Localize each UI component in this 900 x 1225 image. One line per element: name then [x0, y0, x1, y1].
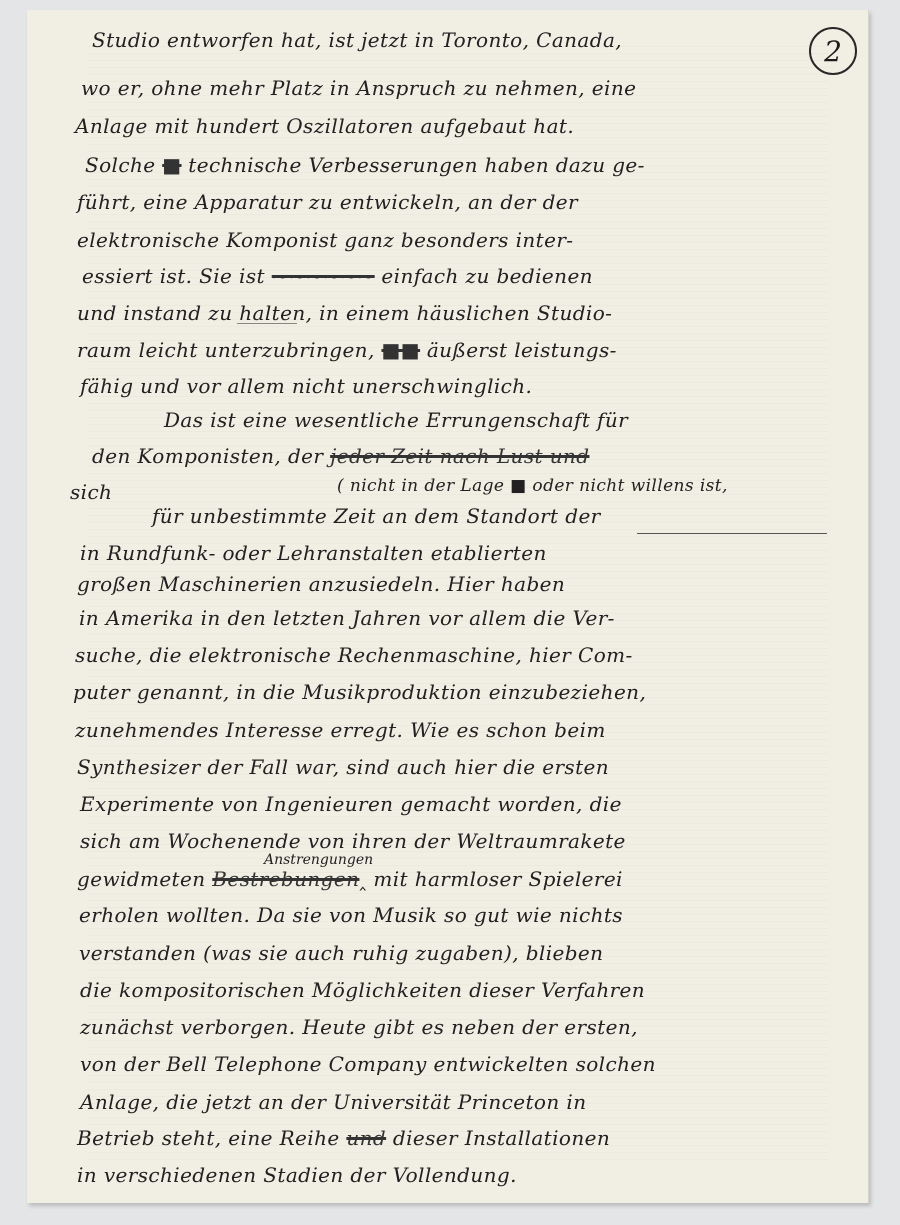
text-line-9: raum leicht unterzubringen, ■■ äußerst l…	[77, 338, 617, 362]
insertion-bracket: (	[337, 476, 350, 496]
line-4-part-b: technische Verbesserungen haben dazu ge-	[182, 153, 645, 177]
text-line-15: in Rundfunk- oder Lehranstalten etablier…	[80, 541, 547, 565]
struck-word: Bestrebungen	[212, 867, 359, 891]
inserted-phrase: nicht in der Lage ■ oder nicht willens i…	[350, 476, 728, 496]
text-line-3: Anlage mit hundert Oszillatoren aufgebau…	[75, 114, 574, 138]
text-line-22: Experimente von Ingenieuren gemacht word…	[80, 792, 622, 816]
text-line-19: puter genannt, in die Musikproduktion ei…	[73, 680, 646, 704]
text-line-7: essiert ist. Sie ist ~~~~~~ einfach zu b…	[82, 264, 593, 288]
line-9-part-b: äußerst leistungs-	[420, 338, 617, 362]
text-line-30: Anlage, die jetzt an der Universität Pri…	[80, 1090, 587, 1114]
page-number-circle: 2	[809, 27, 857, 75]
line-31-part-b: dieser Installationen	[386, 1126, 610, 1150]
text-line-4: Solche ■ technische Verbesserungen haben…	[85, 153, 645, 177]
struck-word: ~~~~~~	[272, 264, 375, 288]
line-31-part-a: Betrieb steht, eine Reihe	[77, 1126, 346, 1150]
struck-word: ■	[162, 153, 181, 177]
text-line-28: zunächst verborgen. Heute gibt es neben …	[80, 1015, 638, 1039]
text-line-29: von der Bell Telephone Company entwickel…	[80, 1052, 656, 1076]
text-line-25: erholen wollten. Da sie von Musik so gut…	[79, 903, 623, 927]
text-line-27: die kompositorischen Möglichkeiten diese…	[80, 978, 645, 1002]
text-line-26: verstanden (was sie auch ruhig zugaben),…	[79, 941, 603, 965]
text-line-31: Betrieb steht, eine Reihe und dieser Ins…	[77, 1126, 610, 1150]
insertion-line-12: ( nicht in der Lage ■ oder nicht willens…	[337, 476, 728, 496]
text-line-10: fähig und vor allem nicht unerschwinglic…	[80, 374, 532, 398]
text-line-24: gewidmeten Bestrebungen‸ mit harmloser S…	[77, 867, 623, 891]
text-line-14: für unbestimmte Zeit an dem Standort der	[152, 504, 601, 528]
caret-mark: ‸	[359, 867, 373, 891]
text-line-8: und instand zu halten, in einem häuslich…	[77, 301, 612, 325]
text-line-6: elektronische Komponist ganz besonders i…	[77, 228, 573, 252]
text-line-21: Synthesizer der Fall war, sind auch hier…	[77, 755, 609, 779]
struck-word: ■■	[381, 338, 420, 362]
line-4-part-a: Solche	[85, 153, 162, 177]
text-line-18: suche, die elektronische Rechenmaschine,…	[75, 643, 633, 667]
text-line-12: den Komponisten, der jeder Zeit nach Lus…	[92, 444, 589, 468]
insertion-above-line-24: Anstrengungen	[264, 852, 373, 868]
text-line-1: Studio entworfen hat, ist jetzt in Toron…	[92, 28, 622, 52]
text-line-17: in Amerika in den letzten Jahren vor all…	[79, 606, 615, 630]
line-24-part-a: gewidmeten	[77, 867, 206, 891]
text-line-32: in verschiedenen Stadien der Vollendung.	[77, 1163, 517, 1187]
line-12-part-a: den Komponisten, der	[92, 444, 323, 468]
line-24-part-b: mit harmloser Spielerei	[373, 867, 623, 891]
line-7-part-a: essiert ist. Sie ist	[82, 264, 272, 288]
pencil-underline	[237, 323, 297, 324]
ink-underline	[637, 533, 827, 534]
text-line-23: sich am Wochenende von ihren der Weltrau…	[80, 829, 626, 853]
line-7-part-b: einfach zu bedienen	[375, 264, 593, 288]
text-line-20: zunehmendes Interesse erregt. Wie es sch…	[75, 718, 606, 742]
text-line-5: führt, eine Apparatur zu entwickeln, an …	[77, 190, 578, 214]
manuscript-page: 2 Studio entworfen hat, ist jetzt in Tor…	[27, 10, 869, 1203]
text-line-2: wo er, ohne mehr Platz in Anspruch zu ne…	[81, 76, 636, 100]
struck-word: und	[346, 1126, 386, 1150]
text-line-13: sich	[70, 480, 112, 504]
struck-phrase: jeder Zeit nach Lust und	[330, 444, 589, 468]
page-number: 2	[824, 35, 842, 68]
text-line-11: Das ist eine wesentliche Errungenschaft …	[164, 408, 628, 432]
line-9-part-a: raum leicht unterzubringen,	[77, 338, 381, 362]
text-line-16: großen Maschinerien anzusiedeln. Hier ha…	[77, 572, 565, 596]
